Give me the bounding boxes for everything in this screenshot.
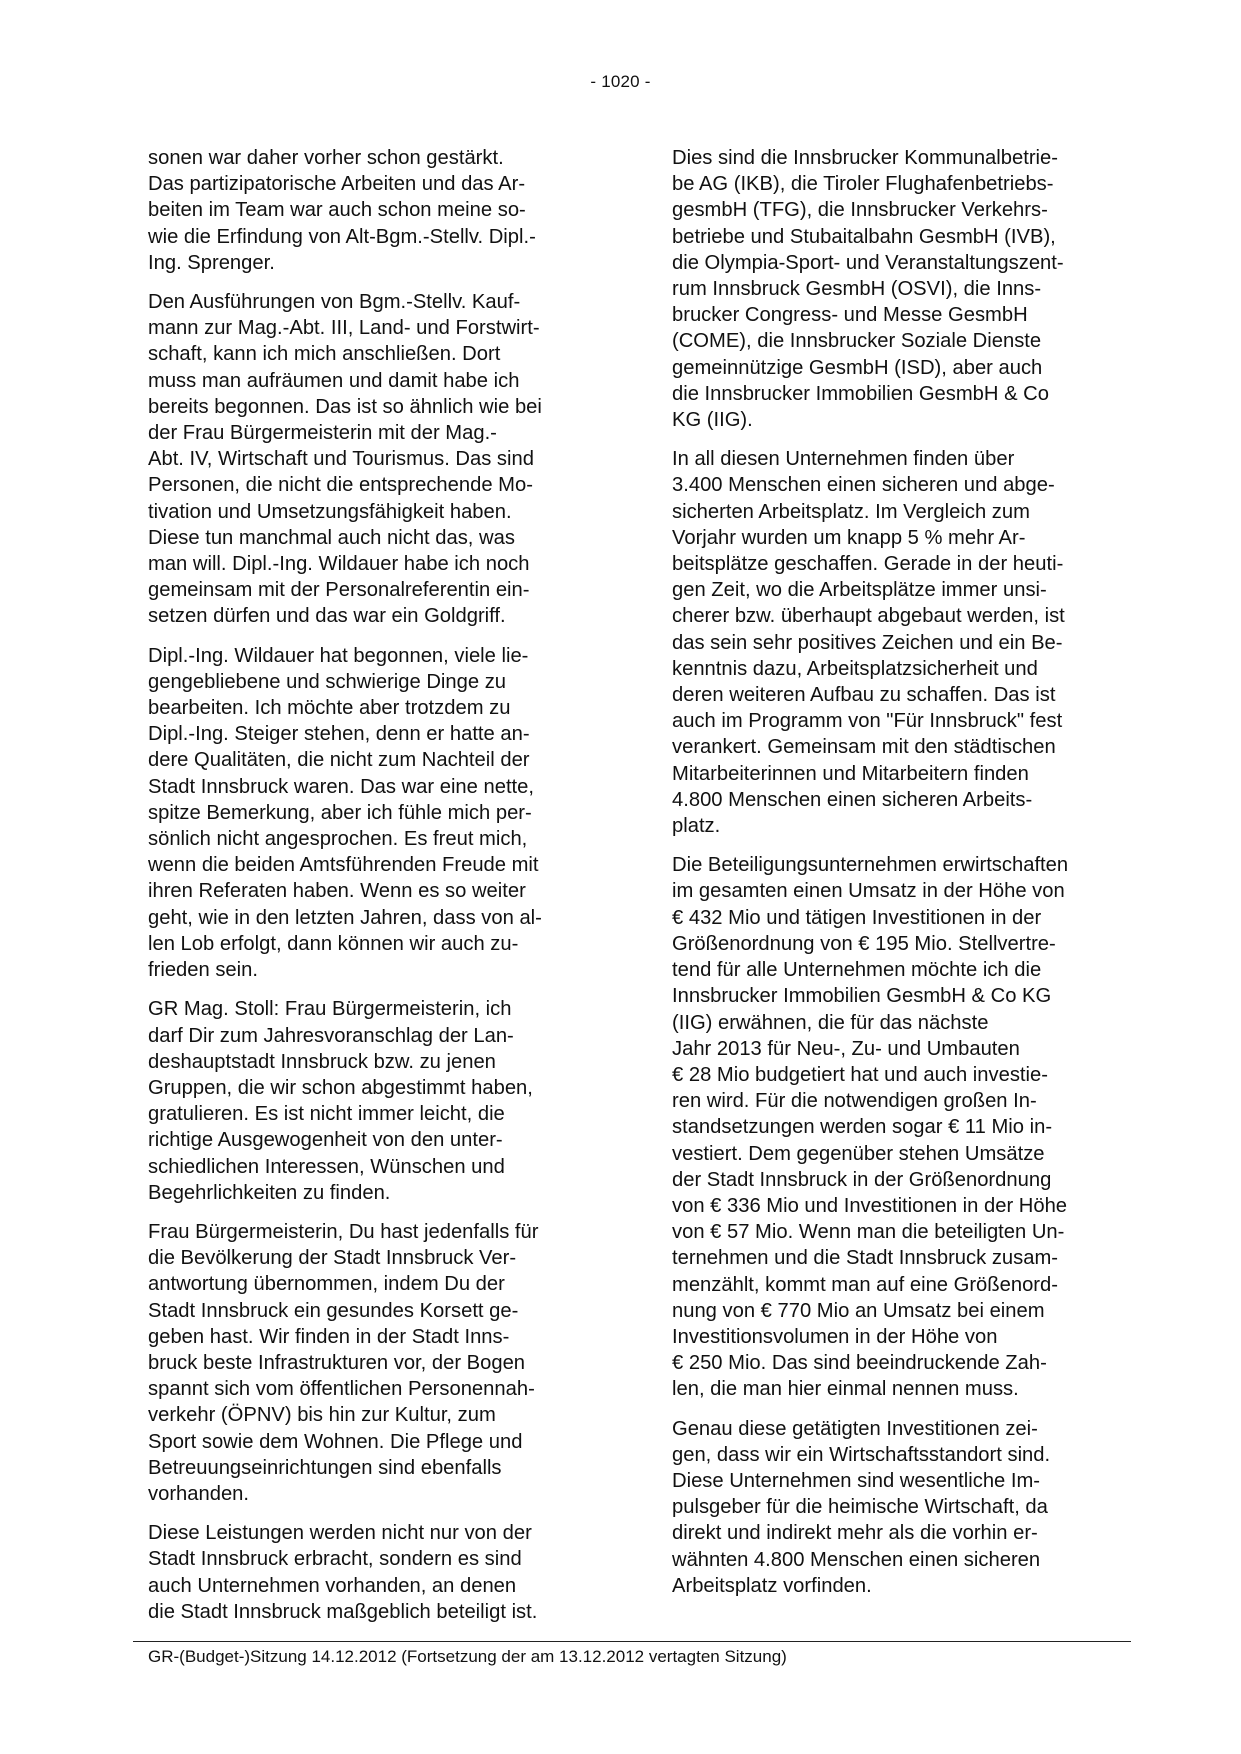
text-line: von € 336 Mio und Investitionen in der H… [672,1193,1142,1219]
text-line: Vorjahr wurden um knapp 5 % mehr Ar- [672,525,1142,551]
paragraph: Die Beteiligungsunternehmen erwirtschaft… [672,852,1142,1402]
text-line: ternehmen und die Stadt Innsbruck zusam- [672,1245,1142,1271]
text-line: Größenordnung von € 195 Mio. Stellvertre… [672,931,1142,957]
text-line: gemeinsam mit der Personalreferentin ein… [148,577,608,603]
paragraph: Diese Leistungen werden nicht nur von de… [148,1520,608,1625]
text-line: deren weiteren Aufbau zu schaffen. Das i… [672,682,1142,708]
text-line: Stadt Innsbruck waren. Das war eine nett… [148,774,608,800]
text-line: Dipl.-Ing. Steiger stehen, denn er hatte… [148,721,608,747]
paragraph: GR Mag. Stoll: Frau Bürgermeisterin, ich… [148,996,608,1206]
text-line: KG (IIG). [672,407,1142,433]
text-line: die Olympia-Sport- und Veranstaltungszen… [672,250,1142,276]
text-line: direkt und indirekt mehr als die vorhin … [672,1520,1142,1546]
text-line: Die Beteiligungsunternehmen erwirtschaft… [672,852,1142,878]
text-line: Frau Bürgermeisterin, Du hast jedenfalls… [148,1219,608,1245]
text-line: wähnten 4.800 Menschen einen sicheren [672,1547,1142,1573]
text-line: (IIG) erwähnen, die für das nächste [672,1010,1142,1036]
text-line: gesmbH (TFG), die Innsbrucker Verkehrs- [672,197,1142,223]
text-line: schiedlichen Interessen, Wünschen und [148,1154,608,1180]
text-line: bruck beste Infrastrukturen vor, der Bog… [148,1350,608,1376]
footer-divider [133,1641,1131,1642]
text-line: 4.800 Menschen einen sicheren Arbeits- [672,787,1142,813]
text-line: nung von € 770 Mio an Umsatz bei einem [672,1298,1142,1324]
text-line: die Innsbrucker Immobilien GesmbH & Co [672,381,1142,407]
text-line: von € 57 Mio. Wenn man die beteiligten U… [672,1219,1142,1245]
paragraph: Genau diese getätigten Investitionen zei… [672,1416,1142,1599]
text-line: Diese tun manchmal auch nicht das, was [148,525,608,551]
text-line: Personen, die nicht die entsprechende Mo… [148,472,608,498]
text-line: len, die man hier einmal nennen muss. [672,1376,1142,1402]
text-line: In all diesen Unternehmen finden über [672,446,1142,472]
text-line: tend für alle Unternehmen möchte ich die [672,957,1142,983]
text-line: beitsplätze geschaffen. Gerade in der he… [672,551,1142,577]
text-line: ihren Referaten haben. Wenn es so weiter [148,878,608,904]
text-line: auch im Programm von "Für Innsbruck" fes… [672,708,1142,734]
text-line: GR Mag. Stoll: Frau Bürgermeisterin, ich [148,996,608,1022]
text-line: pulsgeber für die heimische Wirtschaft, … [672,1494,1142,1520]
paragraph: In all diesen Unternehmen finden über3.4… [672,446,1142,839]
text-line: der Frau Bürgermeisterin mit der Mag.- [148,420,608,446]
text-line: € 250 Mio. Das sind beeindruckende Zah- [672,1350,1142,1376]
text-line: Innsbrucker Immobilien GesmbH & Co KG [672,983,1142,1009]
text-line: Investitionsvolumen in der Höhe von [672,1324,1142,1350]
text-line: Ing. Sprenger. [148,250,608,276]
text-line: mann zur Mag.-Abt. III, Land- und Forstw… [148,315,608,341]
text-line: menzählt, kommt man auf eine Größenord- [672,1272,1142,1298]
text-line: wenn die beiden Amtsführenden Freude mit [148,852,608,878]
text-line: muss man aufräumen und damit habe ich [148,368,608,394]
text-line: geht, wie in den letzten Jahren, dass vo… [148,905,608,931]
text-line: bearbeiten. Ich möchte aber trotzdem zu [148,695,608,721]
page-number: - 1020 - [0,72,1241,92]
text-line: Dies sind die Innsbrucker Kommunalbetrie… [672,145,1142,171]
paragraph: Dipl.-Ing. Wildauer hat begonnen, viele … [148,643,608,984]
text-line: Diese Leistungen werden nicht nur von de… [148,1520,608,1546]
text-line: darf Dir zum Jahresvoranschlag der Lan- [148,1023,608,1049]
text-line: die Stadt Innsbruck maßgeblich beteiligt… [148,1599,608,1625]
text-line: bereits begonnen. Das ist so ähnlich wie… [148,394,608,420]
text-line: gemeinnützige GesmbH (ISD), aber auch [672,355,1142,381]
text-line: verkehr (ÖPNV) bis hin zur Kultur, zum [148,1402,608,1428]
paragraph: Den Ausführungen von Bgm.-Stellv. Kauf-m… [148,289,608,630]
text-line: sonen war daher vorher schon gestärkt. [148,145,608,171]
text-line: brucker Congress- und Messe GesmbH [672,302,1142,328]
text-line: geben hast. Wir finden in der Stadt Inns… [148,1324,608,1350]
text-line: Abt. IV, Wirtschaft und Tourismus. Das s… [148,446,608,472]
text-line: schaft, kann ich mich anschließen. Dort [148,341,608,367]
text-line: wie die Erfindung von Alt-Bgm.-Stellv. D… [148,224,608,250]
text-line: gratulieren. Es ist nicht immer leicht, … [148,1101,608,1127]
text-line: Diese Unternehmen sind wesentliche Im- [672,1468,1142,1494]
text-line: gengebliebene und schwierige Dinge zu [148,669,608,695]
text-line: (COME), die Innsbrucker Soziale Dienste [672,328,1142,354]
text-line: be AG (IKB), die Tiroler Flughafenbetrie… [672,171,1142,197]
text-line: dere Qualitäten, die nicht zum Nachteil … [148,747,608,773]
paragraph: sonen war daher vorher schon gestärkt.Da… [148,145,608,276]
text-line: Genau diese getätigten Investitionen zei… [672,1416,1142,1442]
text-line: Arbeitsplatz vorfinden. [672,1573,1142,1599]
text-line: cherer bzw. überhaupt abgebaut werden, i… [672,603,1142,629]
text-line: sicherten Arbeitsplatz. Im Vergleich zum [672,499,1142,525]
text-line: Gruppen, die wir schon abgestimmt haben, [148,1075,608,1101]
text-line: € 28 Mio budgetiert hat und auch investi… [672,1062,1142,1088]
text-line: len Lob erfolgt, dann können wir auch zu… [148,931,608,957]
text-line: Mitarbeiterinnen und Mitarbeitern finden [672,761,1142,787]
text-line: ren wird. Für die notwendigen großen In- [672,1088,1142,1114]
left-column: sonen war daher vorher schon gestärkt.Da… [148,145,608,1638]
text-line: verankert. Gemeinsam mit den städtischen [672,734,1142,760]
text-line: der Stadt Innsbruck in der Größenordnung [672,1167,1142,1193]
text-line: platz. [672,813,1142,839]
text-line: tivation und Umsetzungsfähigkeit haben. [148,499,608,525]
text-line: beiten im Team war auch schon meine so- [148,197,608,223]
text-line: im gesamten einen Umsatz in der Höhe von [672,878,1142,904]
text-line: vorhanden. [148,1481,608,1507]
footer-session-info: GR-(Budget-)Sitzung 14.12.2012 (Fortsetz… [148,1647,787,1667]
paragraph: Frau Bürgermeisterin, Du hast jedenfalls… [148,1219,608,1507]
text-line: Stadt Innsbruck ein gesundes Korsett ge- [148,1298,608,1324]
text-line: Betreuungseinrichtungen sind ebenfalls [148,1455,608,1481]
text-line: Jahr 2013 für Neu-, Zu- und Umbauten [672,1036,1142,1062]
text-line: gen Zeit, wo die Arbeitsplätze immer uns… [672,577,1142,603]
text-line: auch Unternehmen vorhanden, an denen [148,1573,608,1599]
text-line: Das partizipatorische Arbeiten und das A… [148,171,608,197]
text-line: spannt sich vom öffentlichen Personennah… [148,1376,608,1402]
text-line: spitze Bemerkung, aber ich fühle mich pe… [148,800,608,826]
text-line: Den Ausführungen von Bgm.-Stellv. Kauf- [148,289,608,315]
text-line: richtige Ausgewogenheit von den unter- [148,1127,608,1153]
text-line: standsetzungen werden sogar € 11 Mio in- [672,1114,1142,1140]
right-column: Dies sind die Innsbrucker Kommunalbetrie… [672,145,1142,1612]
text-line: Stadt Innsbruck erbracht, sondern es sin… [148,1546,608,1572]
text-line: antwortung übernommen, indem Du der [148,1271,608,1297]
text-line: kenntnis dazu, Arbeitsplatzsicherheit un… [672,656,1142,682]
text-line: setzen dürfen und das war ein Goldgriff. [148,603,608,629]
text-line: Dipl.-Ing. Wildauer hat begonnen, viele … [148,643,608,669]
text-line: sönlich nicht angesprochen. Es freut mic… [148,826,608,852]
text-line: frieden sein. [148,957,608,983]
text-line: gen, dass wir ein Wirtschaftsstandort si… [672,1442,1142,1468]
text-line: vestiert. Dem gegenüber stehen Umsätze [672,1141,1142,1167]
text-line: die Bevölkerung der Stadt Innsbruck Ver- [148,1245,608,1271]
text-line: das sein sehr positives Zeichen und ein … [672,630,1142,656]
text-line: € 432 Mio und tätigen Investitionen in d… [672,905,1142,931]
text-line: deshauptstadt Innsbruck bzw. zu jenen [148,1049,608,1075]
paragraph: Dies sind die Innsbrucker Kommunalbetrie… [672,145,1142,433]
text-line: rum Innsbruck GesmbH (OSVI), die Inns- [672,276,1142,302]
text-line: betriebe und Stubaitalbahn GesmbH (IVB), [672,224,1142,250]
text-line: man will. Dipl.-Ing. Wildauer habe ich n… [148,551,608,577]
text-line: Sport sowie dem Wohnen. Die Pflege und [148,1429,608,1455]
text-line: Begehrlichkeiten zu finden. [148,1180,608,1206]
text-line: 3.400 Menschen einen sicheren und abge- [672,472,1142,498]
